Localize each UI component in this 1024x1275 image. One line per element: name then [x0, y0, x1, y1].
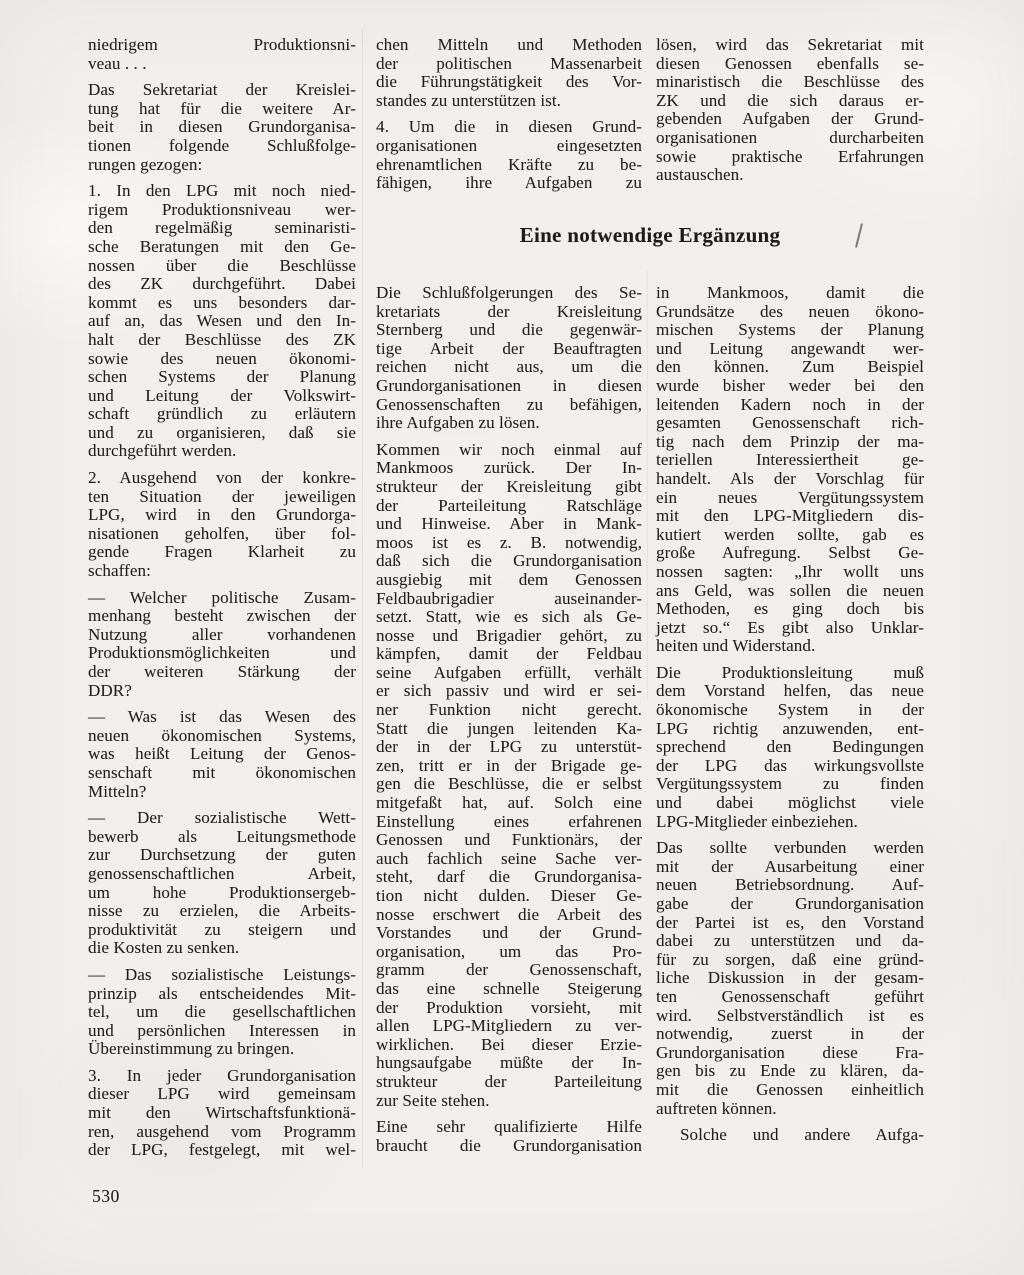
text-line: der politischen Massenarbeit	[376, 55, 642, 74]
text-line: Das Sekretariat der Kreislei-	[88, 81, 356, 100]
paragraph: Eine sehr qualifizierte Hilfebraucht die…	[376, 1118, 642, 1155]
text-line: senschaft mit ökonomischen	[88, 764, 356, 783]
text-line: — Der sozialistische Wett-	[88, 809, 356, 828]
text-line: seine Aufgaben erfüllt, verhält	[376, 664, 642, 683]
column-divider-left	[362, 28, 363, 1168]
text-line: niedrigem Produktionsni-	[88, 36, 356, 55]
text-line: organisationen eingesetzten	[376, 137, 642, 156]
text-line: Vorstandes und der Grund-	[376, 924, 642, 943]
text-line: tig nach dem Prinzip der ma-	[656, 433, 924, 452]
page-number: 530	[92, 1186, 120, 1207]
text-line: den können. Zum Beispiel	[656, 358, 924, 377]
text-line: organisationen durcharbeiten	[656, 129, 924, 148]
text-line: ein neues Vergütungssystem	[656, 489, 924, 508]
text-line: mit die Genossen einheitlich	[656, 1081, 924, 1100]
text-line: Einstellung eines erfahrenen	[376, 813, 642, 832]
text-line: teriellen Interessiertheit ge-	[656, 451, 924, 470]
text-line: mit den Wirtschaftsfunktionä-	[88, 1104, 356, 1123]
text-line: dieser LPG wird gemeinsam	[88, 1085, 356, 1104]
text-line: Die Schlußfolgerungen des Se-	[376, 284, 642, 303]
text-line: beit in diesen Grundorganisa-	[88, 118, 356, 137]
text-line: Genossenschaften zu befähigen,	[376, 396, 642, 415]
text-line: Statt die jungen leitenden Ka-	[376, 720, 642, 739]
text-line: moos ist es z. B. notwendig,	[376, 534, 642, 553]
text-line: und Leitung angewandt wer-	[656, 340, 924, 359]
text-line: Nutzung aller vorhandenen	[88, 626, 356, 645]
text-column-right-top: lösen, wird das Sekretariat mitdiesen Ge…	[656, 36, 924, 185]
text-line: kämpfen, damit der Feldbau	[376, 645, 642, 664]
text-line: gebenden Aufgaben der Grund-	[656, 110, 924, 129]
text-line: Sternberg und die gegenwär-	[376, 321, 642, 340]
text-line: und zu organisieren, daß sie	[88, 424, 356, 443]
text-line: LPG richtig anzuwenden, ent-	[656, 720, 924, 739]
text-line: minaristisch die Beschlüsse des	[656, 73, 924, 92]
paragraph: lösen, wird das Sekretariat mitdiesen Ge…	[656, 36, 924, 185]
text-line: hungsaufgabe müßte der In-	[376, 1054, 642, 1073]
text-line: ren, ausgehend vom Programm	[88, 1123, 356, 1142]
paragraph: — Der sozialistische Wett-bewerb als Lei…	[88, 809, 356, 958]
paragraph: Kommen wir noch einmal aufMankmoos zurüc…	[376, 441, 642, 1110]
text-line: mit den LPG-Mitgliedern dis-	[656, 507, 924, 526]
text-column-middle: Die Schlußfolgerungen des Se-kretariats …	[376, 284, 642, 1155]
text-line: standes zu unterstützen ist.	[376, 92, 642, 111]
text-line: Das sollte verbunden werden	[656, 839, 924, 858]
text-line: zur Durchsetzung der guten	[88, 846, 356, 865]
text-line: um hohe Produktionsergeb-	[88, 884, 356, 903]
text-line: mitgefaßt hat, auf. Solch eine	[376, 794, 642, 813]
text-line: kretariats der Kreisleitung	[376, 303, 642, 322]
text-column-right: in Mankmoos, damit dieGrundsätze des neu…	[656, 284, 924, 1145]
text-line: auch fachlich seine Sache ver-	[376, 850, 642, 869]
paragraph: niedrigem Produktionsni-veau . . .	[88, 36, 356, 73]
text-line: für zu sorgen, daß eine gründ-	[656, 951, 924, 970]
text-line: 4. Um die in diesen Grund-	[376, 118, 642, 137]
text-line: ökonomische System in der	[656, 701, 924, 720]
text-line: produktivität zu steigern und	[88, 921, 356, 940]
text-line: nosse und Brigadier gehört, zu	[376, 627, 642, 646]
text-line: gramm der Genossenschaft,	[376, 961, 642, 980]
text-line: gen die Beschlüsse, die er selbst	[376, 775, 642, 794]
paragraph: — Welcher politische Zusam-menhang beste…	[88, 589, 356, 701]
column-divider-right	[647, 270, 648, 700]
text-line: der Partei ist es, den Vorstand	[656, 914, 924, 933]
text-line: halt der Beschlüsse des ZK	[88, 331, 356, 350]
text-line: ans Geld, was sollen die neuen	[656, 582, 924, 601]
text-line: wird. Selbstverständlich ist es	[656, 1007, 924, 1026]
text-line: strukteur der Kreisleitung gibt	[376, 478, 642, 497]
text-line: reichen nicht aus, um die	[376, 358, 642, 377]
text-line: LPG, wird in den Grundorga-	[88, 506, 356, 525]
text-line: — Das sozialistische Leistungs-	[88, 966, 356, 985]
text-line: diesen Genossen ebenfalls se-	[656, 55, 924, 74]
paragraph: in Mankmoos, damit dieGrundsätze des neu…	[656, 284, 924, 656]
text-line: neuen Betriebsordnung. Auf-	[656, 876, 924, 895]
text-line: Übereinstimmung zu bringen.	[88, 1040, 356, 1059]
text-line: die Kosten zu senken.	[88, 939, 356, 958]
text-line: den regelmäßig seminaristi-	[88, 219, 356, 238]
text-line: der Parteileitung Ratschläge	[376, 497, 642, 516]
text-line: jetzt so.“ Es gibt also Unklar-	[656, 619, 924, 638]
text-line: durchgeführt werden.	[88, 442, 356, 461]
text-line: 1. In den LPG mit noch nied-	[88, 182, 356, 201]
text-line: Eine sehr qualifizierte Hilfe	[376, 1118, 642, 1137]
text-line: 3. In jeder Grundorganisation	[88, 1067, 356, 1086]
text-line: tionen folgende Schlußfolge-	[88, 137, 356, 156]
text-line: was heißt Leitung der Genos-	[88, 745, 356, 764]
text-line: sche Beratungen mit den Ge-	[88, 238, 356, 257]
paragraph: Das sollte verbunden werdenmit der Ausar…	[656, 839, 924, 1118]
text-line: und Leitung der Volkswirt-	[88, 387, 356, 406]
paragraph: Das Sekretariat der Kreislei-tung hat fü…	[88, 81, 356, 174]
text-line: prinzip als entscheidendes Mit-	[88, 985, 356, 1004]
section-heading: Eine notwendige Ergänzung	[376, 223, 924, 248]
text-line: Grundorganisation diese Fra-	[656, 1044, 924, 1063]
text-line: er sich passiv und wird er sei-	[376, 682, 642, 701]
text-line: der weiteren Stärkung der	[88, 663, 356, 682]
text-line: schaft gründlich zu erläutern	[88, 405, 356, 424]
text-line: Mitteln?	[88, 783, 356, 802]
text-line: das eine schnelle Steigerung	[376, 980, 642, 999]
text-line: strukteur der Parteileitung	[376, 1073, 642, 1092]
text-line: gende Fragen Klarheit zu	[88, 543, 356, 562]
text-line: und persönlichen Interessen in	[88, 1022, 356, 1041]
text-line: und dabei möglichst viele	[656, 794, 924, 813]
paragraph: 2. Ausgehend von der konkre-ten Situatio…	[88, 469, 356, 581]
text-line: Die Produktionsleitung muß	[656, 664, 924, 683]
text-line: sowie praktische Erfahrungen	[656, 148, 924, 167]
paragraph: 1. In den LPG mit noch nied-rigem Produk…	[88, 182, 356, 461]
text-line: in Mankmoos, damit die	[656, 284, 924, 303]
text-column-middle-top: chen Mitteln und Methodender politischen…	[376, 36, 642, 193]
text-line: allen LPG-Mitgliedern zu ver-	[376, 1017, 642, 1036]
text-line: der in der LPG zu unterstüt-	[376, 738, 642, 757]
text-line: ZK und die sich daraus er-	[656, 92, 924, 111]
text-line: rungen gezogen:	[88, 156, 356, 175]
text-line: heiten und Widerstand.	[656, 637, 924, 656]
text-line: tion nicht dulden. Dieser Ge-	[376, 887, 642, 906]
text-line: Methoden, es ging doch bis	[656, 600, 924, 619]
text-line: Vergütungssystem zu finden	[656, 775, 924, 794]
text-line: gesamten Genossenschaft rich-	[656, 414, 924, 433]
text-line: mischen Systems der Planung	[656, 321, 924, 340]
text-line: dabei zu unterstützen und da-	[656, 932, 924, 951]
text-line: zen, tritt er in der Brigade ge-	[376, 757, 642, 776]
text-line: Solche und andere Aufga-	[656, 1126, 924, 1145]
text-line: veau . . .	[88, 55, 356, 74]
text-line: ner Funktion nicht gerecht.	[376, 701, 642, 720]
text-line: fähigen, ihre Aufgaben zu	[376, 174, 642, 193]
text-line: neuen ökonomischen Systems,	[88, 727, 356, 746]
text-line: ihre Aufgaben zu lösen.	[376, 414, 642, 433]
text-line: mit der Ausarbeitung einer	[656, 858, 924, 877]
text-line: ten Situation der jeweiligen	[88, 488, 356, 507]
text-line: menhang besteht zwischen der	[88, 607, 356, 626]
text-line: wirklichen. Bei dieser Erzie-	[376, 1036, 642, 1055]
paragraph: Die Schlußfolgerungen des Se-kretariats …	[376, 284, 642, 433]
text-line: auftreten können.	[656, 1100, 924, 1119]
text-line: ten Genossenschaft geführt	[656, 988, 924, 1007]
text-line: Genossen und Funktionärs, der	[376, 831, 642, 850]
text-line: daß sich die Grundorganisation	[376, 552, 642, 571]
text-line: tung hat für die weitere Ar-	[88, 100, 356, 119]
text-line: Grundsätze des neuen ökono-	[656, 303, 924, 322]
paragraph: Solche und andere Aufga-	[656, 1126, 924, 1145]
text-line: die Führungstätigkeit des Vor-	[376, 73, 642, 92]
paragraph: Die Produktionsleitung mußdem Vorstand h…	[656, 664, 924, 831]
text-line: der LPG, festgelegt, mit wel-	[88, 1141, 356, 1160]
text-line: lösen, wird das Sekretariat mit	[656, 36, 924, 55]
text-line: tel, um die gesellschaftlichen	[88, 1003, 356, 1022]
text-line: auf an, das Wesen und den In-	[88, 312, 356, 331]
text-line: Kommen wir noch einmal auf	[376, 441, 642, 460]
text-line: nossen sagten: „Ihr wollt uns	[656, 563, 924, 582]
text-line: leitenden Kadern noch in der	[656, 396, 924, 415]
text-line: dem Vorstand helfen, das neue	[656, 682, 924, 701]
text-line: und Hinweise. Aber in Mank-	[376, 515, 642, 534]
text-line: organisation, um das Pro-	[376, 943, 642, 962]
text-line: rigem Produktionsniveau wer-	[88, 201, 356, 220]
text-line: sprechend den Bedingungen	[656, 738, 924, 757]
text-line: austauschen.	[656, 166, 924, 185]
text-line: — Was ist das Wesen des	[88, 708, 356, 727]
paragraph: 4. Um die in diesen Grund-organisationen…	[376, 118, 642, 192]
text-line: tige Arbeit der Beauftragten	[376, 340, 642, 359]
text-line: kutiert werden sollte, gab es	[656, 526, 924, 545]
text-line: setzt. Statt, wie es sich als Ge-	[376, 608, 642, 627]
text-line: gabe der Grundorganisation	[656, 895, 924, 914]
text-line: ehrenamtlichen Kräfte zu be-	[376, 156, 642, 175]
text-line: steht, darf die Grundorganisa-	[376, 868, 642, 887]
text-line: handelt. Als der Vorschlag für	[656, 470, 924, 489]
text-line: genossenschaftlichen Arbeit,	[88, 865, 356, 884]
text-line: nisationen geholfen, über fol-	[88, 525, 356, 544]
document-page: niedrigem Produktionsni-veau . . .Das Se…	[0, 0, 1024, 1275]
text-line: große Aufregung. Selbst Ge-	[656, 544, 924, 563]
text-line: — Welcher politische Zusam-	[88, 589, 356, 608]
paragraph: chen Mitteln und Methodender politischen…	[376, 36, 642, 110]
text-line: zur Seite stehen.	[376, 1092, 642, 1111]
text-line: braucht die Grundorganisation	[376, 1137, 642, 1156]
text-line: schaffen:	[88, 562, 356, 581]
text-column-left: niedrigem Produktionsni-veau . . .Das Se…	[88, 36, 356, 1160]
text-line: ausgiebig mit dem Genossen	[376, 571, 642, 590]
text-line: des ZK durchgeführt. Dabei	[88, 275, 356, 294]
text-line: bewerb als Leitungsmethode	[88, 828, 356, 847]
paragraph: — Das sozialistische Leistungs-prinzip a…	[88, 966, 356, 1059]
text-line: 2. Ausgehend von der konkre-	[88, 469, 356, 488]
text-line: nosse erschwert die Arbeit des	[376, 906, 642, 925]
text-line: wurde bisher weder bei den	[656, 377, 924, 396]
paragraph: — Was ist das Wesen desneuen ökonomische…	[88, 708, 356, 801]
text-line: chen Mitteln und Methoden	[376, 36, 642, 55]
text-line: notwendig, zuerst in der	[656, 1025, 924, 1044]
text-line: der LPG das wirkungsvollste	[656, 757, 924, 776]
text-line: nossen über die Beschlüsse	[88, 257, 356, 276]
text-line: sowie des neuen ökonomi-	[88, 350, 356, 369]
text-line: Produktionsmöglichkeiten und	[88, 644, 356, 663]
text-line: schen Systems der Planung	[88, 368, 356, 387]
text-line: Feldbaubrigadier auseinander-	[376, 590, 642, 609]
text-line: der Produktion vorsieht, mit	[376, 999, 642, 1018]
text-line: liche Diskussion in der gesam-	[656, 969, 924, 988]
text-line: LPG-Mitglieder einbeziehen.	[656, 813, 924, 832]
text-line: gen bis zu Ende zu klären, da-	[656, 1062, 924, 1081]
paragraph: 3. In jeder Grundorganisationdieser LPG …	[88, 1067, 356, 1160]
text-line: Grundorganisationen in diesen	[376, 377, 642, 396]
text-line: Mankmoos zurück. Der In-	[376, 459, 642, 478]
text-line: DDR?	[88, 682, 356, 701]
text-line: kommt es uns besonders dar-	[88, 294, 356, 313]
text-line: nisse zu erzielen, die Arbeits-	[88, 902, 356, 921]
